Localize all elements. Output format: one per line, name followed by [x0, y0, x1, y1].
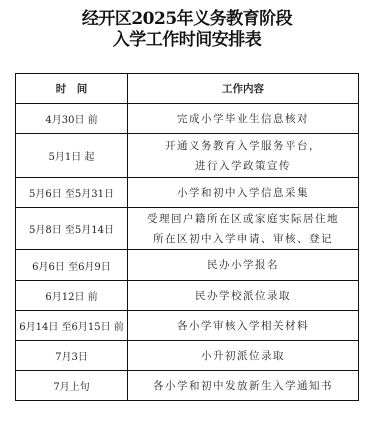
time-cell: 6月6日 至6月9日	[16, 250, 128, 281]
title-line-2: 入学工作时间安排表	[0, 30, 374, 51]
title-line-1: 经开区2025年义务教育阶段	[0, 9, 374, 30]
schedule-table: 时 间 工作内容 4月30日 前 完成小学毕业生信息核对 5月1日 起 开通义务…	[15, 73, 359, 401]
work-cell: 民办小学报名	[128, 250, 359, 281]
work-cell: 各小学和初中发放新生入学通知书	[128, 371, 359, 401]
table-row: 5月6日 至5月31日 小学和初中入学信息采集	[16, 178, 359, 208]
table-row: 7月上旬 各小学和初中发放新生入学通知书	[16, 371, 359, 401]
table-row: 4月30日 前 完成小学毕业生信息核对	[16, 104, 359, 134]
time-cell: 7月3日	[16, 341, 128, 371]
time-cell: 5月8日 至5月14日	[16, 208, 128, 250]
work-cell: 受理回户籍所在区或家庭实际居住地 所在区初中入学申请、审核、登记	[128, 208, 359, 250]
work-cell: 小升初派位录取	[128, 341, 359, 371]
work-line: 民办小学报名	[130, 255, 356, 275]
time-cell: 7月上旬	[16, 371, 128, 401]
work-cell: 完成小学毕业生信息核对	[128, 104, 359, 134]
work-line: 受理回户籍所在区或家庭实际居住地	[130, 209, 356, 229]
time-cell: 5月6日 至5月31日	[16, 178, 128, 208]
work-line: 进行入学政策宣传	[130, 156, 356, 176]
work-line: 所在区初中入学申请、审核、登记	[130, 229, 356, 249]
work-cell: 小学和初中入学信息采集	[128, 178, 359, 208]
table-row: 6月12日 前 民办学校派位录取	[16, 281, 359, 311]
work-line: 小升初派位录取	[130, 346, 356, 366]
document-title: 经开区2025年义务教育阶段 入学工作时间安排表	[0, 9, 374, 51]
table-row: 5月8日 至5月14日 受理回户籍所在区或家庭实际居住地 所在区初中入学申请、审…	[16, 208, 359, 250]
table-row: 6月6日 至6月9日 民办小学报名	[16, 250, 359, 281]
header-work: 工作内容	[128, 74, 359, 104]
table-header-row: 时 间 工作内容	[16, 74, 359, 104]
header-time: 时 间	[16, 74, 128, 104]
table-row: 5月1日 起 开通义务教育入学服务平台， 进行入学政策宣传	[16, 134, 359, 178]
work-line: 各小学和初中发放新生入学通知书	[130, 376, 356, 396]
table-row: 7月3日 小升初派位录取	[16, 341, 359, 371]
work-line: 小学和初中入学信息采集	[130, 183, 356, 203]
work-line: 民办学校派位录取	[130, 286, 356, 306]
work-cell: 开通义务教育入学服务平台， 进行入学政策宣传	[128, 134, 359, 178]
time-cell: 4月30日 前	[16, 104, 128, 134]
work-line: 各小学审核入学相关材料	[130, 316, 356, 336]
work-line: 完成小学毕业生信息核对	[130, 109, 356, 129]
time-cell: 6月14日 至6月15日 前	[16, 311, 128, 341]
work-line: 开通义务教育入学服务平台，	[130, 136, 356, 156]
time-cell: 5月1日 起	[16, 134, 128, 178]
work-cell: 民办学校派位录取	[128, 281, 359, 311]
table-row: 6月14日 至6月15日 前 各小学审核入学相关材料	[16, 311, 359, 341]
work-cell: 各小学审核入学相关材料	[128, 311, 359, 341]
time-cell: 6月12日 前	[16, 281, 128, 311]
